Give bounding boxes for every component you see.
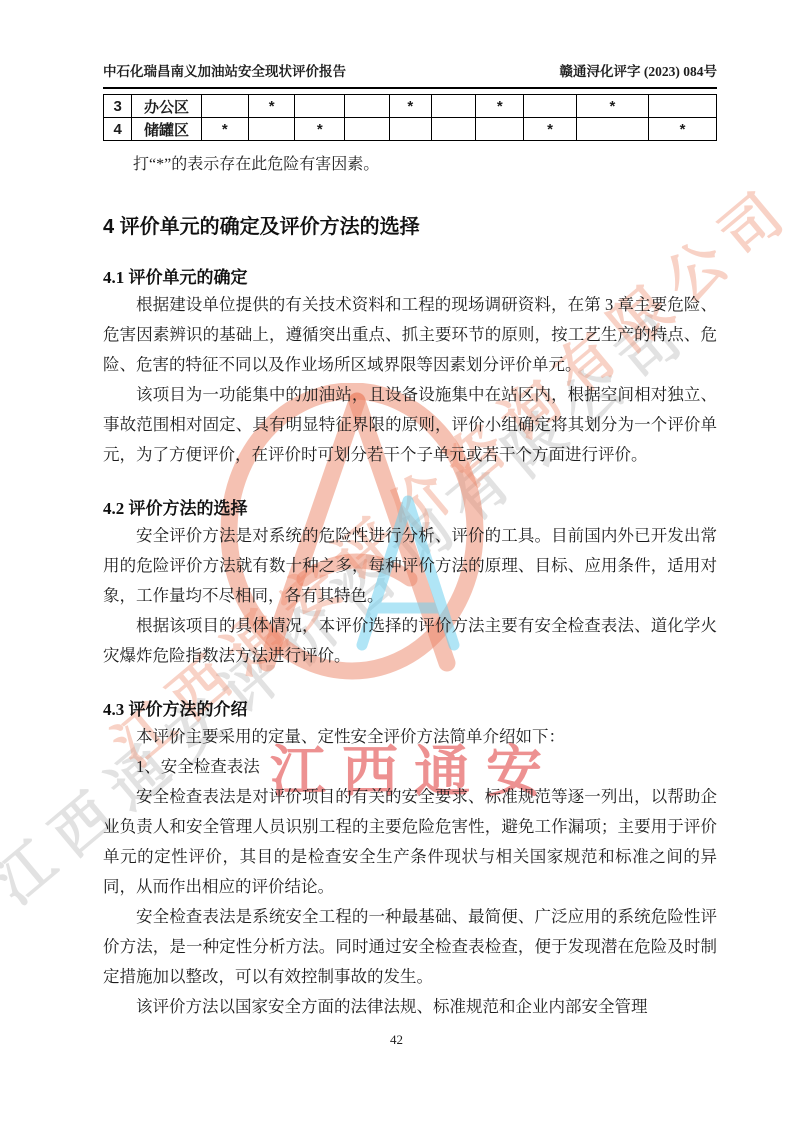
area-name: 办公区 (132, 95, 201, 118)
hazard-cell (431, 95, 475, 118)
paragraph: 安全检查表法是对评价项目的有关的安全要求、标准规范等逐一列出，以帮助企业负责人和… (103, 782, 717, 902)
hazard-factor-table: 3 办公区 * * * * 4 储罐区 * * (103, 94, 717, 141)
hazard-cell: * (389, 95, 431, 118)
hazard-cell (249, 118, 295, 141)
table-row-tank-area: 4 储罐区 * * * * (104, 118, 717, 141)
paragraph: 根据该项目的具体情况，本评价选择的评价方法主要有安全检查表法、道化学火灾爆炸危险… (103, 611, 717, 671)
row-number: 3 (104, 95, 132, 118)
list-item-method-1: 1、安全检查表法 (103, 752, 717, 782)
hazard-cell (389, 118, 431, 141)
section-4-1-heading: 4.1 评价单元的确定 (103, 263, 717, 288)
page-header: 中石化瑞昌南义加油站安全现状评价报告 赣通浔化评字 (2023) 084号 (103, 60, 717, 89)
table-footnote: 打“*”的表示存在此危险有害因素。 (133, 151, 717, 174)
hazard-cell (201, 95, 249, 118)
hazard-cell: * (649, 118, 717, 141)
hazard-cell (345, 95, 389, 118)
document-page: 江西通安评价咨询有限公司 江西通安评价咨询有限公司 江西通安 中石化瑞昌南义加油… (0, 0, 793, 1122)
hazard-cell: * (524, 118, 576, 141)
table-row-office-area: 3 办公区 * * * * (104, 95, 717, 118)
header-document-number: 赣通浔化评字 (2023) 084号 (560, 60, 718, 80)
hazard-cell (649, 95, 717, 118)
page-number: 42 (0, 1032, 793, 1048)
area-name: 储罐区 (132, 118, 201, 141)
paragraph: 安全检查表法是系统安全工程的一种最基础、最简便、广泛应用的系统危险性评价方法，是… (103, 902, 717, 992)
hazard-cell (345, 118, 389, 141)
page-content: 中石化瑞昌南义加油站安全现状评价报告 赣通浔化评字 (2023) 084号 3 … (0, 0, 793, 1022)
paragraph: 根据建设单位提供的有关技术资料和工程的现场调研资料，在第 3 章主要危险、危害因… (103, 290, 717, 380)
hazard-cell (431, 118, 475, 141)
hazard-cell: * (576, 95, 648, 118)
header-report-title: 中石化瑞昌南义加油站安全现状评价报告 (103, 60, 346, 80)
hazard-cell (576, 118, 648, 141)
section-4-2-heading: 4.2 评价方法的选择 (103, 494, 717, 519)
chapter-heading: 4 评价单元的确定及评价方法的选择 (103, 210, 717, 239)
hazard-cell (295, 95, 345, 118)
hazard-cell: * (201, 118, 249, 141)
paragraph: 安全评价方法是对系统的危险性进行分析、评价的工具。目前国内外已开发出常用的危险评… (103, 521, 717, 611)
hazard-cell: * (249, 95, 295, 118)
hazard-cell (476, 118, 524, 141)
hazard-cell: * (476, 95, 524, 118)
hazard-cell (524, 95, 576, 118)
paragraph: 本评价主要采用的定量、定性安全评价方法简单介绍如下： (103, 722, 717, 752)
paragraph: 该项目为一功能集中的加油站，且设备设施集中在站区内，根据空间相对独立、事故范围相… (103, 380, 717, 470)
paragraph: 该评价方法以国家安全方面的法律法规、标准规范和企业内部安全管理 (103, 992, 717, 1022)
hazard-cell: * (295, 118, 345, 141)
section-4-3-heading: 4.3 评价方法的介绍 (103, 695, 717, 720)
row-number: 4 (104, 118, 132, 141)
